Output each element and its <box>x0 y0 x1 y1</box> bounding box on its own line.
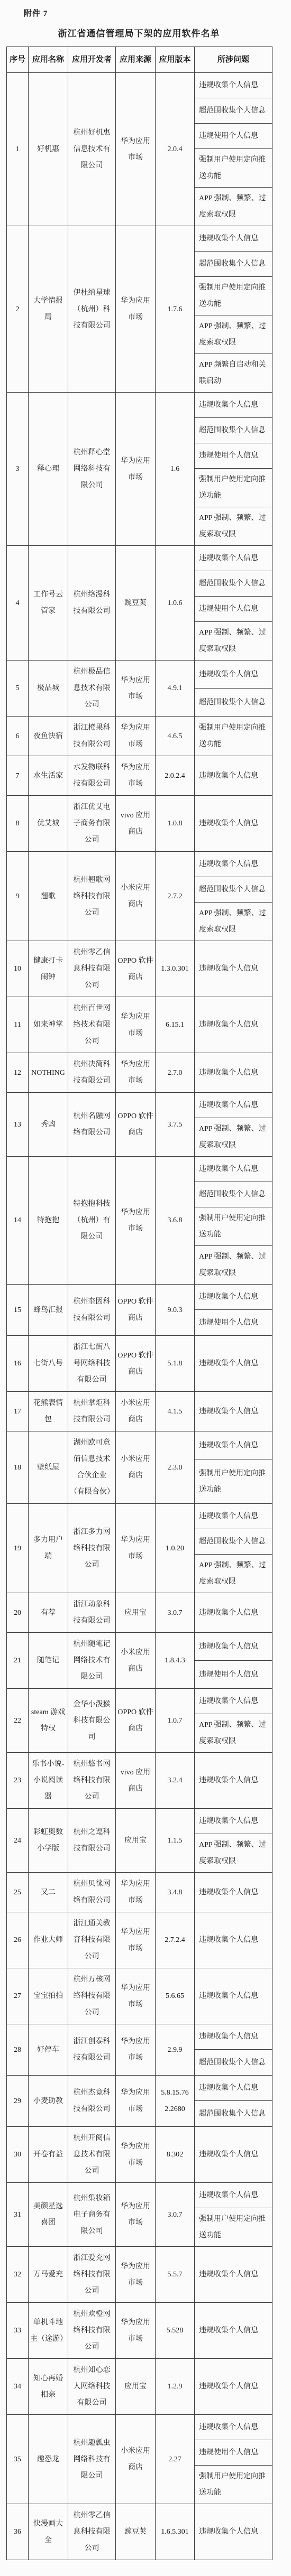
app-version: 3.0.7 <box>156 1593 195 1632</box>
issue-item: 违规使用个人信息 <box>195 443 272 469</box>
issue-item: 违规收集个人信息 <box>195 2127 272 2182</box>
table-row: 14特抱抱特抱抱科技（杭州）有限公司华为应用市场3.6.8违规收集个人信息超范围… <box>7 1157 272 1285</box>
app-source: 华为应用市场 <box>116 1968 156 2024</box>
app-developer: 浙江优艾电子商务有限公司 <box>68 796 116 851</box>
issues-cell: 违规收集个人信息 <box>195 2127 272 2182</box>
app-developer: 杭州极品信息技术有限公司 <box>68 661 116 716</box>
app-developer: 浙江创泰科技有限公司 <box>68 2024 116 2075</box>
app-name: 宝宝拍拍 <box>29 1968 68 2024</box>
table-row: 36快漫画大全杭州零乙信息科技有限公司豌豆荚1.6.5.301违规收集个人信息 <box>7 2504 272 2560</box>
app-removal-table: 序号 应用名称 应用开发者 应用来源 应用版本 所涉问题 1好机惠杭州好机惠信息… <box>6 47 272 2560</box>
app-version: 3.4.8 <box>156 1873 195 1912</box>
app-version: 5.528 <box>156 2303 195 2358</box>
row-number: 10 <box>7 941 29 997</box>
table-row: 26作业大师浙江通关教育科技有限公司华为应用市场2.7.2.4违规收集个人信息 <box>7 1912 272 1968</box>
issues-cell: 违规收集个人信息超范围收集个人信息 <box>195 661 272 716</box>
issue-item: 强制用户使用定向推送功能 <box>195 2208 272 2246</box>
app-source: 华为应用市场 <box>116 2076 156 2126</box>
app-source: 华为应用市场 <box>116 756 156 795</box>
issue-item: 违规收集个人信息 <box>195 1053 272 1092</box>
issues-cell: 违规收集个人信息强制用户使用定向推送功能 <box>195 2183 272 2246</box>
row-number: 18 <box>7 1431 29 1503</box>
issue-item: 违规收集个人信息 <box>195 1392 272 1431</box>
row-number: 9 <box>7 852 29 941</box>
row-number: 36 <box>7 2504 29 2560</box>
row-number: 19 <box>7 1504 29 1593</box>
col-header-source: 应用来源 <box>116 47 156 72</box>
app-name: 万马爱充 <box>29 2247 68 2302</box>
issue-item: 违规收集个人信息 <box>195 756 272 795</box>
app-version: 5.1.8 <box>156 1336 195 1391</box>
issues-cell: 违规收集个人信息APP 强制、频繁、过度索取权限 <box>195 1689 272 1752</box>
issues-cell: 违规收集个人信息 <box>195 1873 272 1912</box>
app-version: 2.7.2 <box>156 852 195 941</box>
row-number: 17 <box>7 1392 29 1431</box>
issue-item: 强制用户使用定向推送功能 <box>195 149 272 188</box>
app-developer: 杭州好机惠信息技术有限公司 <box>68 73 116 226</box>
app-name: 极品城 <box>29 661 68 716</box>
app-version: 2.7.0 <box>156 1053 195 1092</box>
issue-item: 违规使用个人信息 <box>195 1661 272 1688</box>
issue-item: 超范围收集个人信息 <box>195 877 272 903</box>
app-version: 1.8.4.3 <box>156 1633 195 1688</box>
issues-cell: 违规收集个人信息超范围收集个人信息APP 强制、频繁、过度索取权限 <box>195 852 272 941</box>
issue-item: 违规收集个人信息 <box>195 2247 272 2302</box>
issue-item: APP 强制、频繁、过度索取权限 <box>195 507 272 545</box>
app-version: 5.6.65 <box>156 1968 195 2024</box>
issues-cell: 违规收集个人信息超范围收集个人信息 <box>195 2076 272 2126</box>
issue-item: 强制用户使用定向推送功能 <box>195 469 272 507</box>
app-developer: 杭州零乙信息科技有限公司 <box>68 2504 116 2560</box>
attachment-label: 附件 7 <box>24 7 291 18</box>
issues-cell: 违规收集个人信息 <box>195 796 272 851</box>
app-source: 华为应用市场 <box>116 1504 156 1593</box>
row-number: 6 <box>7 717 29 756</box>
issue-item: 强制用户使用定向推送功能 <box>195 277 272 315</box>
issue-item: 违规收集个人信息 <box>195 2415 272 2440</box>
app-developer: 浙江七街八号网络科技有限公司 <box>68 1336 116 1391</box>
table-row: 31美颜星选喜团杭州集妆箱电子商务有限公司华为应用市场3.0.7违规收集个人信息… <box>7 2183 272 2247</box>
row-number: 21 <box>7 1633 29 1688</box>
issue-item: 强制用户使用定向推送功能 <box>195 2466 272 2504</box>
table-row: 34知心再婚相亲杭州知心恋人网络科技有限公司应用宝1.2.9违规收集个人信息 <box>7 2359 272 2415</box>
issue-item: APP 强制、频繁、过度索取权限 <box>195 1834 272 1872</box>
app-name: 快漫画大全 <box>29 2504 68 2560</box>
app-version: 1.0.8 <box>156 796 195 851</box>
row-number: 7 <box>7 756 29 795</box>
app-name: 夜鱼快宿 <box>29 717 68 756</box>
issue-item: 违规收集个人信息 <box>195 1336 272 1391</box>
issue-item: 强制用户使用定向推送功能 <box>195 1459 272 1503</box>
app-source: 华为应用市场 <box>116 661 156 716</box>
app-version: 1.2.9 <box>156 2359 195 2414</box>
app-source: 华为应用市场 <box>116 997 156 1053</box>
issue-item: 违规使用个人信息 <box>195 124 272 149</box>
app-name: 又二 <box>29 1873 68 1912</box>
app-name: 有荐 <box>29 1593 68 1632</box>
app-name: 七街八号 <box>29 1336 68 1391</box>
row-number: 14 <box>7 1157 29 1284</box>
app-name: 趣恐龙 <box>29 2415 68 2504</box>
row-number: 35 <box>7 2415 29 2504</box>
app-source: 华为应用市场 <box>116 1873 156 1912</box>
app-name: 好停车 <box>29 2024 68 2075</box>
row-number: 13 <box>7 1093 29 1156</box>
app-version: 1.0.6 <box>156 546 195 660</box>
issue-item: 强制用户使用定向推送功能 <box>195 1207 272 1246</box>
issue-item: 违规收集个人信息 <box>195 2359 272 2414</box>
row-number: 12 <box>7 1053 29 1092</box>
issue-item: 违规收集个人信息 <box>195 1912 272 1968</box>
issue-item: APP 强制、频繁、过度索取权限 <box>195 1555 272 1593</box>
row-number: 16 <box>7 1336 29 1391</box>
app-developer: 伊杜纳星球（杭州）科技有限公司 <box>68 226 116 392</box>
app-developer: 浙江爱充网络科技有限公司 <box>68 2247 116 2302</box>
table-row: 23乐书小说-小说阅读器杭州悠书网络科技有限公司vivo 应用商店3.2.4违规… <box>7 1753 272 1809</box>
app-developer: 杭州百世网络技术有限公司 <box>68 997 116 1053</box>
app-developer: 杭州掌炬科技有限公司 <box>68 1392 116 1431</box>
app-name: 翘歌 <box>29 852 68 941</box>
app-name: 释心理 <box>29 393 68 545</box>
issue-item: 超范围收集个人信息 <box>195 418 272 443</box>
app-source: 华为应用市场 <box>116 1053 156 1092</box>
issue-item: APP 强制、频繁、过度索取权限 <box>195 1118 272 1156</box>
app-version: 1.6 <box>156 393 195 545</box>
app-version: 1.3.0.301 <box>156 941 195 997</box>
app-developer: 杭州欢橙网络科技有限公司 <box>68 2303 116 2358</box>
table-row: 29小麦助教杭州杰竟科技有限公司华为应用市场5.8.15.76 2.2680违规… <box>7 2076 272 2127</box>
app-source: 豌豆荚 <box>116 2504 156 2560</box>
issue-item: 违规收集个人信息 <box>195 226 272 252</box>
issue-item: 超范围收集个人信息 <box>195 2050 272 2075</box>
issues-cell: 违规收集个人信息 <box>195 2303 272 2358</box>
app-source: 华为应用市场 <box>116 393 156 545</box>
app-version: 6.15.1 <box>156 997 195 1053</box>
issue-item: 违规使用个人信息 <box>195 2440 272 2466</box>
issue-item: APP 强制、频繁、过度索取权限 <box>195 315 272 354</box>
table-row: 13秀购杭州名融网络有限公司OPPO 软件商店3.7.5违规收集个人信息APP … <box>7 1093 272 1157</box>
app-version: 4.6.5 <box>156 717 195 756</box>
table-row: 15蜂鸟汇报杭州奎因科技有限公司OPPO 软件商店9.0.3违规收集个人信息违规… <box>7 1285 272 1336</box>
app-version: 2.3.0 <box>156 1431 195 1503</box>
issues-cell: 违规收集个人信息 <box>195 1336 272 1391</box>
table-row: 10健康打卡闹钟杭州零乙信息科技有限公司OPPO 软件商店1.3.0.301违规… <box>7 941 272 997</box>
issue-item: 违规收集个人信息 <box>195 546 272 571</box>
app-name: steam 游戏特权 <box>29 1689 68 1752</box>
app-version: 1.6.5.301 <box>156 2504 195 2560</box>
app-source: 小米应用商店 <box>116 1633 156 1688</box>
issue-item: 超范围收集个人信息 <box>195 252 272 277</box>
issue-item: 超范围收集个人信息 <box>195 1182 272 1207</box>
row-number: 31 <box>7 2183 29 2246</box>
app-name: 知心再婚相亲 <box>29 2359 68 2414</box>
app-developer: 杭州万核网络科技有限公司 <box>68 1968 116 2024</box>
app-source: 华为应用市场 <box>116 2303 156 2358</box>
issue-item: 违规收集个人信息 <box>195 1157 272 1182</box>
app-name: 多力用户端 <box>29 1504 68 1593</box>
app-source: 小米应用商店 <box>116 1431 156 1503</box>
table-row: 32万马爱充浙江爱充网络科技有限公司华为应用市场5.5.7违规收集个人信息 <box>7 2247 272 2303</box>
app-name: 好机惠 <box>29 73 68 226</box>
table-row: 6夜鱼快宿浙江橙果科技有限公司华为应用市场4.6.5强制用户使用定向推送功能 <box>7 717 272 756</box>
app-name: 彩虹奥数小学版 <box>29 1809 68 1872</box>
app-name: 优艾城 <box>29 796 68 851</box>
issues-cell: 违规收集个人信息违规使用个人信息 <box>195 1633 272 1688</box>
app-source: 小米应用商店 <box>116 1392 156 1431</box>
app-developer: 特抱抱科技（杭州）有限公司 <box>68 1157 116 1284</box>
app-developer: 杭州杰竟科技有限公司 <box>68 2076 116 2126</box>
app-developer: 湖州欧可意佰信息技术合伙企业（有限合伙） <box>68 1431 116 1503</box>
app-source: 华为应用市场 <box>116 73 156 226</box>
issues-cell: 违规收集个人信息超范围收集个人信息违规使用个人信息强制用户使用定向推送功能APP… <box>195 73 272 226</box>
issue-item: 违规收集个人信息 <box>195 796 272 851</box>
app-developer: 杭州零乙信息科技有限公司 <box>68 941 116 997</box>
issues-cell: 违规收集个人信息 <box>195 997 272 1053</box>
app-version: 2.0.2.4 <box>156 756 195 795</box>
app-developer: 水发物联科技有限公司 <box>68 756 116 795</box>
issue-item: 违规收集个人信息 <box>195 2504 272 2560</box>
app-developer: 杭州释心堂网络科技有限公司 <box>68 393 116 545</box>
issues-cell: 违规收集个人信息 <box>195 2504 272 2560</box>
app-version: 5.5.7 <box>156 2247 195 2302</box>
issues-cell: 违规收集个人信息强制用户使用定向推送功能 <box>195 1431 272 1503</box>
issues-cell: 违规收集个人信息违规使用个人信息强制用户使用定向推送功能 <box>195 2415 272 2504</box>
issue-item: 违规使用个人信息 <box>195 597 272 622</box>
table-row: 22steam 游戏特权金华小泼猴科技有限公司OPPO 软件商店1.0.7违规收… <box>7 1689 272 1753</box>
issues-cell: 违规收集个人信息超范围收集个人信息 <box>195 2024 272 2075</box>
app-developer: 浙江通关教育科技有限公司 <box>68 1912 116 1968</box>
issues-cell: 违规收集个人信息超范围收集个人信息违规使用个人信息APP 强制、频繁、过度索取权… <box>195 546 272 660</box>
app-source: 应用宝 <box>116 1809 156 1872</box>
app-developer: 杭州名融网络有限公司 <box>68 1093 116 1156</box>
app-name: 美颜星选喜团 <box>29 2183 68 2246</box>
row-number: 3 <box>7 393 29 545</box>
app-version: 4.9.1 <box>156 661 195 716</box>
col-header-version: 应用版本 <box>156 47 195 72</box>
app-developer: 杭州决简科技有限公司 <box>68 1053 116 1092</box>
table-row: 7水生活家水发物联科技有限公司华为应用市场2.0.2.4违规收集个人信息 <box>7 756 272 796</box>
table-row: 35趣恐龙杭州趣瓢虫网络科技有限公司小米应用商店2.27违规收集个人信息违规使用… <box>7 2415 272 2504</box>
app-version: 1.1.5 <box>156 1809 195 1872</box>
app-name: NOTHING <box>29 1053 68 1092</box>
table-row: 11如来神掌杭州百世网络技术有限公司华为应用市场6.15.1违规收集个人信息 <box>7 997 272 1053</box>
app-version: 2.27 <box>156 2415 195 2504</box>
row-number: 22 <box>7 1689 29 1752</box>
issue-item: 违规收集个人信息 <box>195 852 272 877</box>
app-source: 华为应用市场 <box>116 2183 156 2246</box>
app-source: 华为应用市场 <box>116 2127 156 2182</box>
table-row: 18壁纸屋湖州欧可意佰信息技术合伙企业（有限合伙）小米应用商店2.3.0违规收集… <box>7 1431 272 1504</box>
issue-item: 超范围收集个人信息 <box>195 689 272 716</box>
table-row: 1好机惠杭州好机惠信息技术有限公司华为应用市场2.0.4违规收集个人信息超范围收… <box>7 73 272 226</box>
app-source: 应用宝 <box>116 2359 156 2414</box>
table-row: 21随笔记杭州随笔记网络技术有限公司小米应用商店1.8.4.3违规收集个人信息违… <box>7 1633 272 1689</box>
issue-item: 违规收集个人信息 <box>195 2183 272 2208</box>
issue-item: 超范围收集个人信息 <box>195 1529 272 1555</box>
issue-item: 超范围收集个人信息 <box>195 98 272 124</box>
issue-item: 违规收集个人信息 <box>195 1285 272 1310</box>
issue-item: APP 强制、频繁、过度索取权限 <box>195 1714 272 1752</box>
table-row: 28好停车浙江创泰科技有限公司华为应用市场2.9.9违规收集个人信息超范围收集个… <box>7 2024 272 2076</box>
app-source: 华为应用市场 <box>116 1912 156 1968</box>
app-source: vivo 应用商店 <box>116 796 156 851</box>
app-source: 华为应用市场 <box>116 717 156 756</box>
app-version: 2.0.4 <box>156 73 195 226</box>
app-name: 蜂鸟汇报 <box>29 1285 68 1335</box>
table-row: 5极品城杭州极品信息技术有限公司华为应用市场4.9.1违规收集个人信息超范围收集… <box>7 661 272 717</box>
issue-item: APP 强制、频繁、过度索取权限 <box>195 903 272 941</box>
issue-item: APP 强制、频繁、过度索取权限 <box>195 188 272 226</box>
app-name: 工作号云管家 <box>29 546 68 660</box>
issue-item: 违规收集个人信息 <box>195 2076 272 2101</box>
app-source: OPPO 软件商店 <box>116 1093 156 1156</box>
app-name: 壁纸屋 <box>29 1431 68 1503</box>
table-row: 16七街八号浙江七街八号网络科技有限公司OPPO 软件商店5.1.8违规收集个人… <box>7 1336 272 1392</box>
table-header-row: 序号 应用名称 应用开发者 应用来源 应用版本 所涉问题 <box>7 47 272 73</box>
row-number: 23 <box>7 1753 29 1808</box>
app-source: 豌豆荚 <box>116 546 156 660</box>
issue-item: 违规收集个人信息 <box>195 1809 272 1834</box>
app-version: 9.0.3 <box>156 1285 195 1335</box>
app-name: 随笔记 <box>29 1633 68 1688</box>
row-number: 20 <box>7 1593 29 1632</box>
row-number: 11 <box>7 997 29 1053</box>
row-number: 27 <box>7 1968 29 2024</box>
app-name: 大学情报局 <box>29 226 68 392</box>
app-version: 8.302 <box>156 2127 195 2182</box>
app-developer: 杭州奎因科技有限公司 <box>68 1285 116 1335</box>
app-version: 3.2.4 <box>156 1753 195 1808</box>
issues-cell: 违规收集个人信息 <box>195 1053 272 1092</box>
app-source: 华为应用市场 <box>116 2024 156 2075</box>
issue-item: 违规收集个人信息 <box>195 1093 272 1118</box>
app-source: 应用宝 <box>116 1593 156 1632</box>
app-source: 华为应用市场 <box>116 1157 156 1284</box>
app-source: vivo 应用商店 <box>116 1753 156 1808</box>
app-name: 秀购 <box>29 1093 68 1156</box>
app-source: OPPO 软件商店 <box>116 1336 156 1391</box>
row-number: 34 <box>7 2359 29 2414</box>
app-version: 5.8.15.76 2.2680 <box>156 2076 195 2126</box>
app-developer: 杭州翘歌网络科技有限公司 <box>68 852 116 941</box>
row-number: 29 <box>7 2076 29 2126</box>
row-number: 25 <box>7 1873 29 1912</box>
issues-cell: 违规收集个人信息 <box>195 1593 272 1632</box>
app-name: 单机斗地主（途游） <box>29 2303 68 2358</box>
app-table-body: 1好机惠杭州好机惠信息技术有限公司华为应用市场2.0.4违规收集个人信息超范围收… <box>7 73 272 2560</box>
app-source: 华为应用市场 <box>116 226 156 392</box>
app-version: 4.1.5 <box>156 1392 195 1431</box>
app-developer: 浙江多力网络科技有限公司 <box>68 1504 116 1593</box>
row-number: 1 <box>7 73 29 226</box>
issue-item: 违规收集个人信息 <box>195 2024 272 2050</box>
issue-item: 违规收集个人信息 <box>195 997 272 1053</box>
issues-cell: 违规收集个人信息 <box>195 1392 272 1431</box>
row-number: 8 <box>7 796 29 851</box>
document-page: 附件 7 浙江省通信管理局下架的应用软件名单 序号 应用名称 应用开发者 应用来… <box>0 0 291 2576</box>
row-number: 5 <box>7 661 29 716</box>
app-developer: 浙江动象科技有限公司 <box>68 1593 116 1632</box>
app-developer: 金华小泼猴科技有限公司 <box>68 1689 116 1752</box>
app-developer: 杭州络漫科技有限公司 <box>68 546 116 660</box>
issue-item: 违规使用个人信息 <box>195 1310 272 1335</box>
app-developer: 杭州集妆箱电子商务有限公司 <box>68 2183 116 2246</box>
app-name: 乐书小说-小说阅读器 <box>29 1753 68 1808</box>
app-developer: 杭州贝徕网络有限公司 <box>68 1873 116 1912</box>
issues-cell: 违规收集个人信息 <box>195 2359 272 2414</box>
app-name: 花熊表情包 <box>29 1392 68 1431</box>
issues-cell: 违规收集个人信息超范围收集个人信息违规使用个人信息强制用户使用定向推送功能APP… <box>195 393 272 545</box>
table-row: 2大学情报局伊杜纳星球（杭州）科技有限公司华为应用市场1.7.6违规收集个人信息… <box>7 226 272 393</box>
app-source: OPPO 软件商店 <box>116 1285 156 1335</box>
app-name: 开卷有益 <box>29 2127 68 2182</box>
table-row: 3释心理杭州释心堂网络科技有限公司华为应用市场1.6违规收集个人信息超范围收集个… <box>7 393 272 546</box>
table-row: 12NOTHING杭州决简科技有限公司华为应用市场2.7.0违规收集个人信息 <box>7 1053 272 1093</box>
row-number: 33 <box>7 2303 29 2358</box>
app-name: 特抱抱 <box>29 1157 68 1284</box>
page-title: 浙江省通信管理局下架的应用软件名单 <box>6 26 271 39</box>
table-row: 33单机斗地主（途游）杭州欢橙网络科技有限公司华为应用市场5.528违规收集个人… <box>7 2303 272 2359</box>
table-row: 9翘歌杭州翘歌网络科技有限公司小米应用商店2.7.2违规收集个人信息超范围收集个… <box>7 852 272 941</box>
issues-cell: 违规收集个人信息超范围收集个人信息APP 强制、频繁、过度索取权限 <box>195 1504 272 1593</box>
issue-item: 强制用户使用定向推送功能 <box>195 717 272 756</box>
issue-item: APP 强制、频繁、过度索取权限 <box>195 1246 272 1284</box>
issue-item: 违规收集个人信息 <box>195 2303 272 2358</box>
app-version: 2.7.2.4 <box>156 1912 195 1968</box>
app-version: 1.0.20 <box>156 1504 195 1593</box>
col-header-name: 应用名称 <box>29 47 68 72</box>
app-name: 作业大师 <box>29 1912 68 1968</box>
issue-item: 违规收集个人信息 <box>195 661 272 689</box>
table-row: 27宝宝拍拍杭州万核网络科技有限公司华为应用市场5.6.65违规收集个人信息 <box>7 1968 272 2024</box>
app-version: 1.7.6 <box>156 226 195 392</box>
app-name: 如来神掌 <box>29 997 68 1053</box>
issue-item: APP 强制、频繁、过度索取权限 <box>195 622 272 660</box>
issue-item: APP 频繁自启动和关联启动 <box>195 354 272 392</box>
issue-item: 违规收集个人信息 <box>195 1753 272 1808</box>
table-row: 24彩虹奥数小学版杭州之逗科技有限公司应用宝1.1.5违规收集个人信息APP 强… <box>7 1809 272 1873</box>
issue-item: 违规收集个人信息 <box>195 1689 272 1714</box>
issues-cell: 违规收集个人信息超范围收集个人信息强制用户使用定向推送功能APP 强制、频繁、过… <box>195 226 272 392</box>
issues-cell: 违规收集个人信息 <box>195 1912 272 1968</box>
app-version: 3.0.7 <box>156 2183 195 2246</box>
app-developer: 杭州悠书网络科技有限公司 <box>68 1753 116 1808</box>
row-number: 28 <box>7 2024 29 2075</box>
issue-item: 违规收集个人信息 <box>195 941 272 997</box>
app-name: 小麦助教 <box>29 2076 68 2126</box>
row-number: 30 <box>7 2127 29 2182</box>
issues-cell: 违规收集个人信息 <box>195 1968 272 2024</box>
issues-cell: 违规收集个人信息 <box>195 2247 272 2302</box>
app-source: 小米应用商店 <box>116 2415 156 2504</box>
issues-cell: 违规收集个人信息 <box>195 941 272 997</box>
app-source: OPPO 软件商店 <box>116 1689 156 1752</box>
issue-item: 违规收集个人信息 <box>195 393 272 418</box>
table-row: 30开卷有益杭州开阅信息技术有限公司华为应用市场8.302违规收集个人信息 <box>7 2127 272 2183</box>
app-developer: 杭州趣瓢虫网络科技有限公司 <box>68 2415 116 2504</box>
issues-cell: 违规收集个人信息 <box>195 1753 272 1808</box>
table-row: 17花熊表情包杭州掌炬科技有限公司小米应用商店4.1.5违规收集个人信息 <box>7 1392 272 1431</box>
app-developer: 杭州之逗科技有限公司 <box>68 1809 116 1872</box>
app-developer: 杭州随笔记网络技术有限公司 <box>68 1633 116 1688</box>
issue-item: 超范围收集个人信息 <box>195 2101 272 2126</box>
issues-cell: 违规收集个人信息 <box>195 756 272 795</box>
issue-item: 违规收集个人信息 <box>195 1873 272 1912</box>
app-developer: 杭州知心恋人网络科技有限公司 <box>68 2359 116 2414</box>
table-row: 20有荐浙江动象科技有限公司应用宝3.0.7违规收集个人信息 <box>7 1593 272 1633</box>
row-number: 2 <box>7 226 29 392</box>
issues-cell: 违规收集个人信息违规使用个人信息 <box>195 1285 272 1335</box>
